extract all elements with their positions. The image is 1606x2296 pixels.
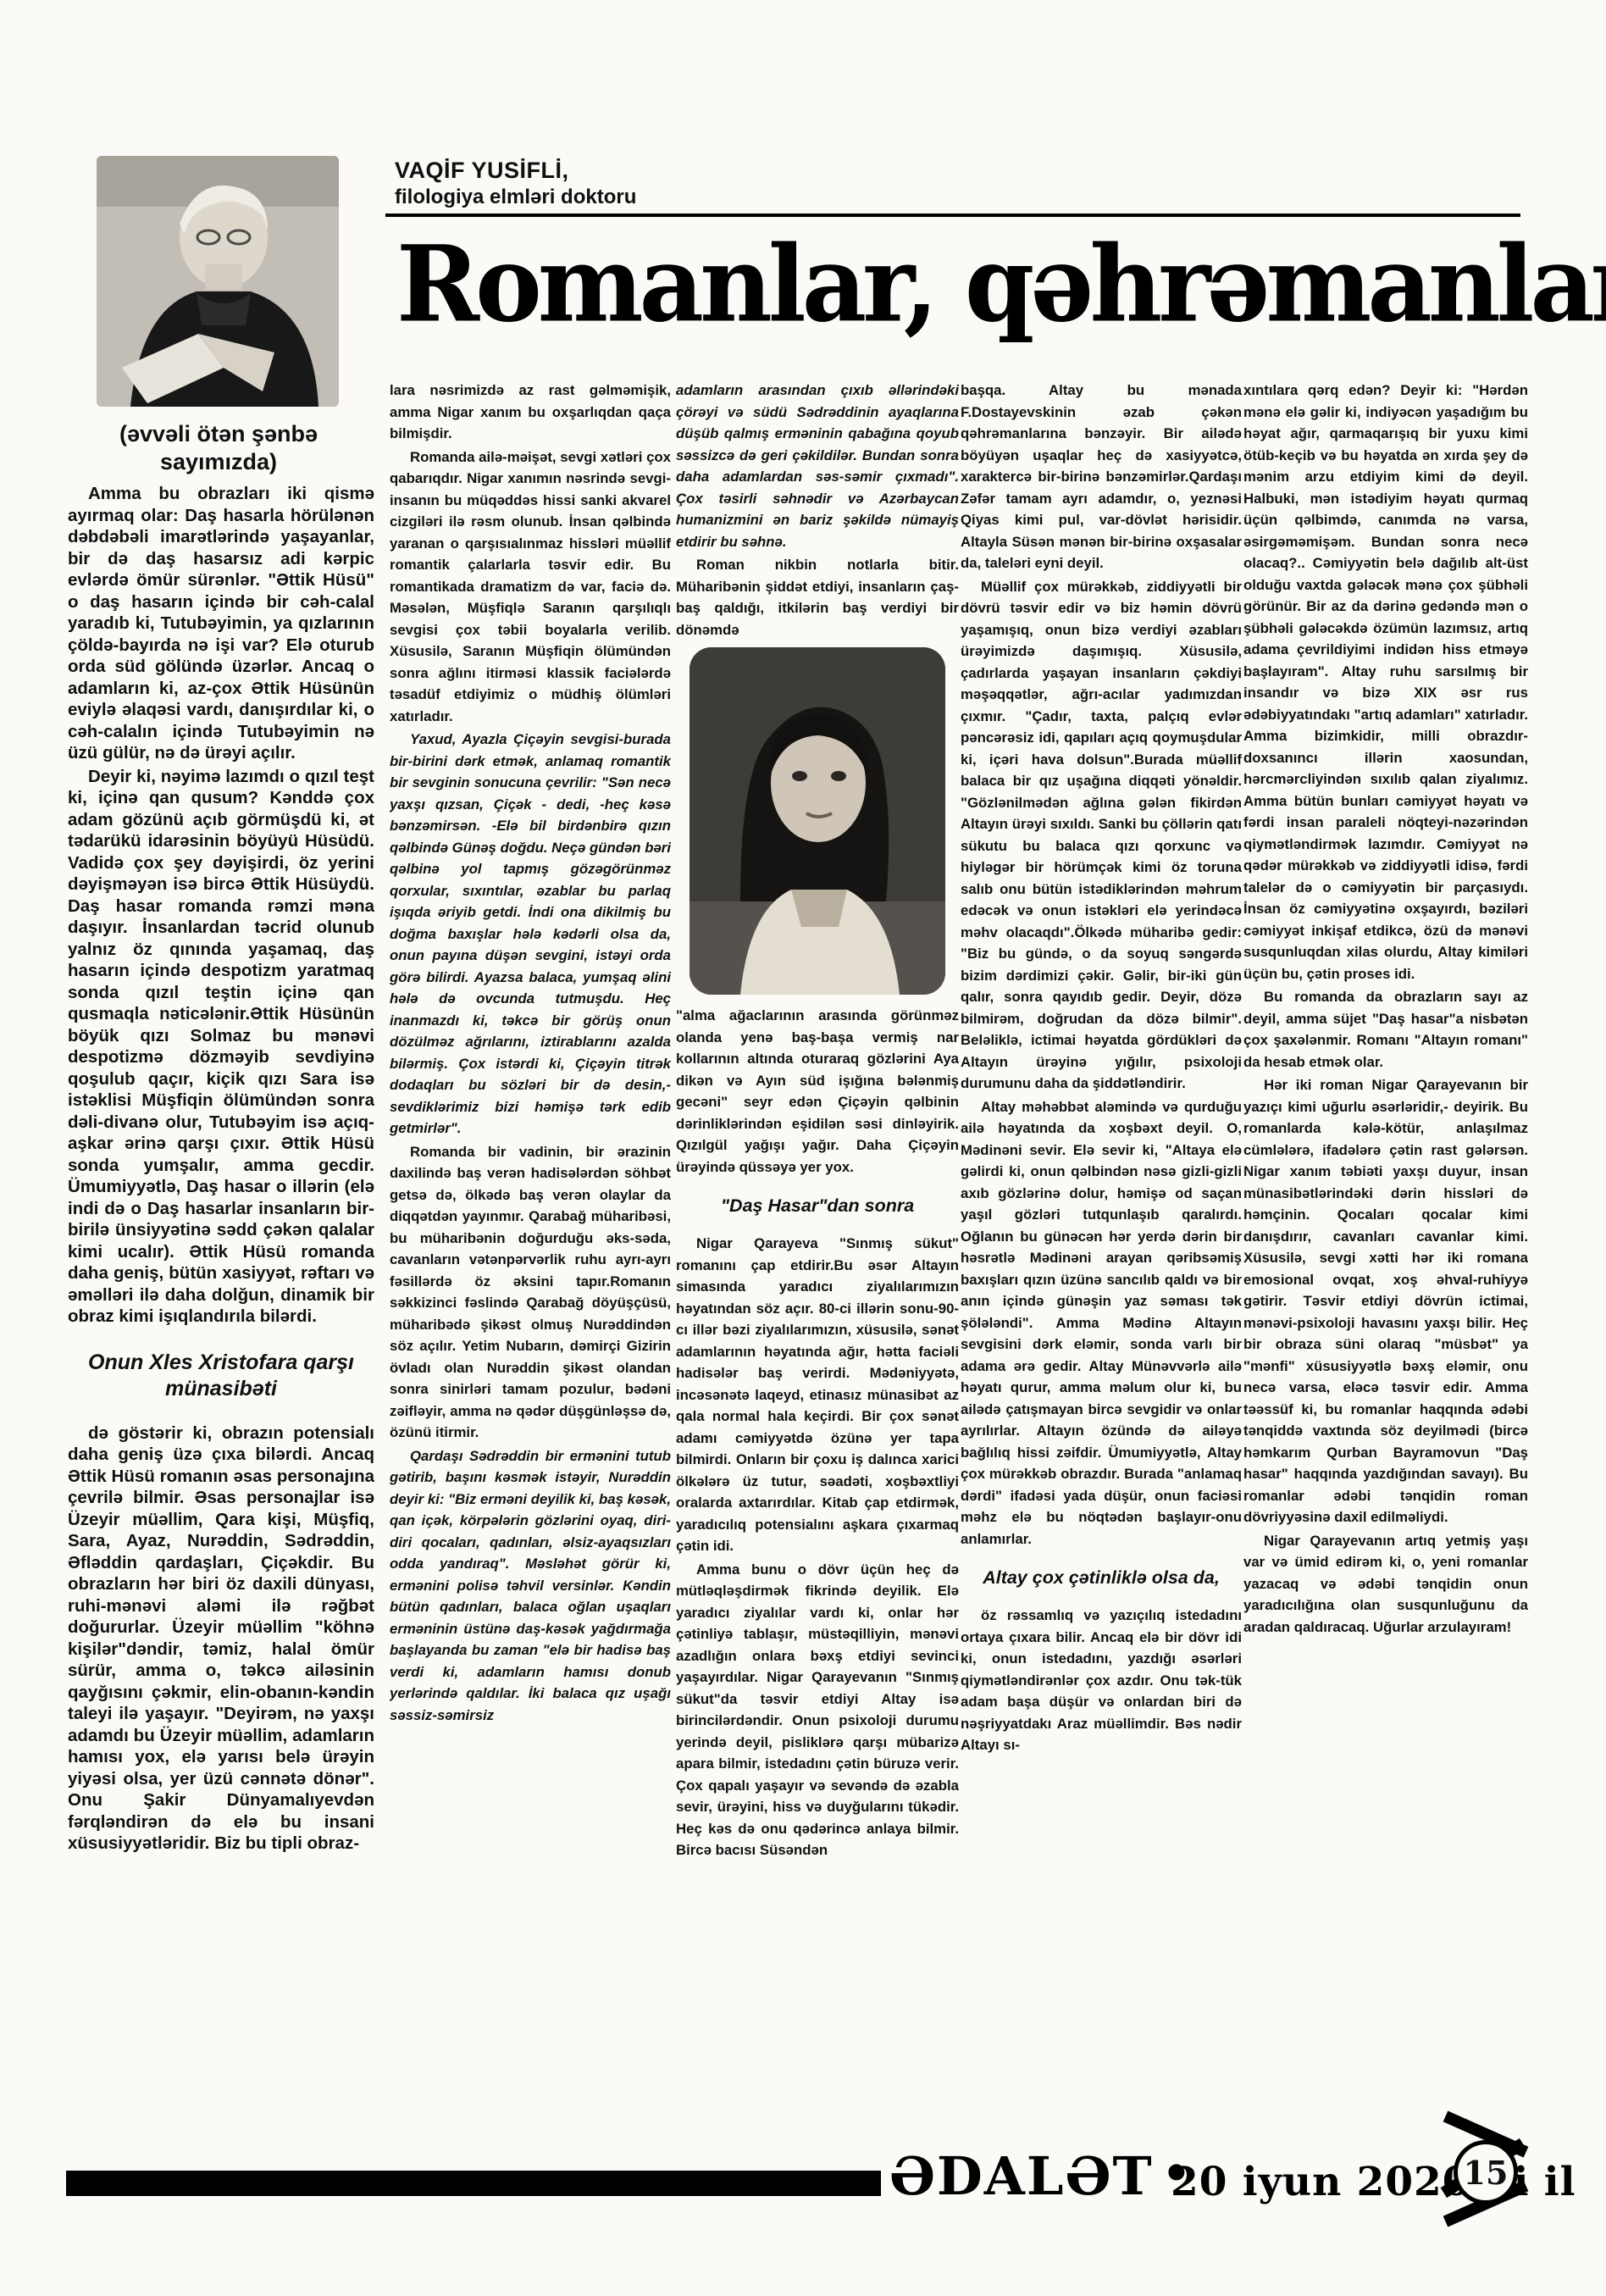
paragraph: Hər iki roman Nigar Qarayevanın bir yazı… [1243, 1074, 1528, 1528]
quote-paragraph: Qardaşı Sədrəddin bir ermənini tutub gət… [390, 1445, 671, 1727]
author-photo [97, 156, 339, 407]
author-photo-caption: (əvvəli ötən şənbə sayımızda) [73, 420, 364, 476]
paragraph: Romanda ailə-məişət, sevgi xətləri çox q… [390, 446, 671, 728]
byline: VAQİF YUSİFLİ, filologiya elmləri doktor… [395, 158, 636, 209]
page-number-badge: 15 [1438, 2123, 1540, 2225]
paragraph: xıntılara qərq edən? Deyir ki: "Hərdən m… [1243, 380, 1528, 984]
section-subheading: Altay çox çətinliklə olsa da, [966, 1567, 1237, 1589]
article-column-2: lara nəsrimizdə az rast gəlməmişik, amma… [390, 380, 671, 2159]
article-column-4: başqa. Altay bu mənada F.Dostayevskinin … [961, 380, 1242, 2159]
byline-author-name: VAQİF YUSİFLİ, [395, 158, 636, 184]
header-rule [385, 214, 1520, 217]
paragraph: Bu romanda da obrazların sayı az deyil, … [1243, 986, 1528, 1073]
quote-paragraph: Yaxud, Ayazla Çiçəyin sevgisi-burada bir… [390, 729, 671, 1140]
article-column-1: Amma bu obrazları iki qismə ayırmaq olar… [68, 483, 374, 2159]
paragraph: Amma bu obrazları iki qismə ayırmaq olar… [68, 483, 374, 764]
paragraph: Nigar Qarayeva "Sınmış sükut" romanını ç… [676, 1233, 959, 1557]
novelist-photo [689, 647, 945, 995]
paragraph: Nigar Qarayevanın artıq yetmiş yaşı var … [1243, 1530, 1528, 1639]
quote-paragraph: adamların arasından çıxıb əllərindəki çö… [676, 380, 959, 552]
paragraph: Müəllif çox mürəkkəb, ziddiyyətli bir dö… [961, 576, 1242, 1095]
page-number: 15 [1454, 2140, 1518, 2204]
paragraph: lara nəsrimizdə az rast gəlməmişik, amma… [390, 380, 671, 445]
paragraph: öz rəssamlıq və yazıçılıq istedadını ort… [961, 1605, 1242, 1756]
paragraph: Romanda bir vadinin, bir ərazinin daxili… [390, 1141, 671, 1444]
paragraph: Altay məhəbbət aləmində və qurduğu ailə … [961, 1096, 1242, 1550]
author-photo-image [97, 156, 339, 407]
byline-author-title: filologiya elmləri doktoru [395, 186, 636, 209]
paragraph: Roman nikbin notlarla bitir. Müharibənin… [676, 554, 959, 641]
newspaper-name: ƏDALƏT• [889, 2145, 1193, 2207]
footer-divider-bar [66, 2171, 881, 2196]
novelist-photo-image [689, 647, 945, 995]
section-subheading: "Daş Hasar"dan sonra [681, 1195, 954, 1217]
paragraph: Amma bunu o dövr üçün heç də mütləqləşdi… [676, 1559, 959, 1861]
article-column-5: xıntılara qərq edən? Deyir ki: "Hərdən m… [1243, 380, 1528, 2159]
section-subheading: Onun Xles Xristofara qarşı münasibəti [68, 1350, 374, 1402]
article-column-3: adamların arasından çıxıb əllərindəki çö… [676, 380, 959, 2159]
quote-paragraph: "alma ağaclarının arasında görünməz olan… [676, 1005, 959, 1178]
newspaper-name-text: ƏDALƏT [889, 2145, 1154, 2207]
newspaper-page: (əvvəli ötən şənbə sayımızda) VAQİF YUSİ… [0, 0, 1606, 2296]
paragraph: də göstərir ki, obrazın potensialı daha … [68, 1423, 374, 1855]
paragraph: başqa. Altay bu mənada F.Dostayevskinin … [961, 380, 1242, 574]
paragraph: Deyir ki, nəyimə lazımdı o qızıl teşt ki… [68, 766, 374, 1328]
article-title: Romanlar, qəhrəmanlar [396, 219, 1525, 350]
